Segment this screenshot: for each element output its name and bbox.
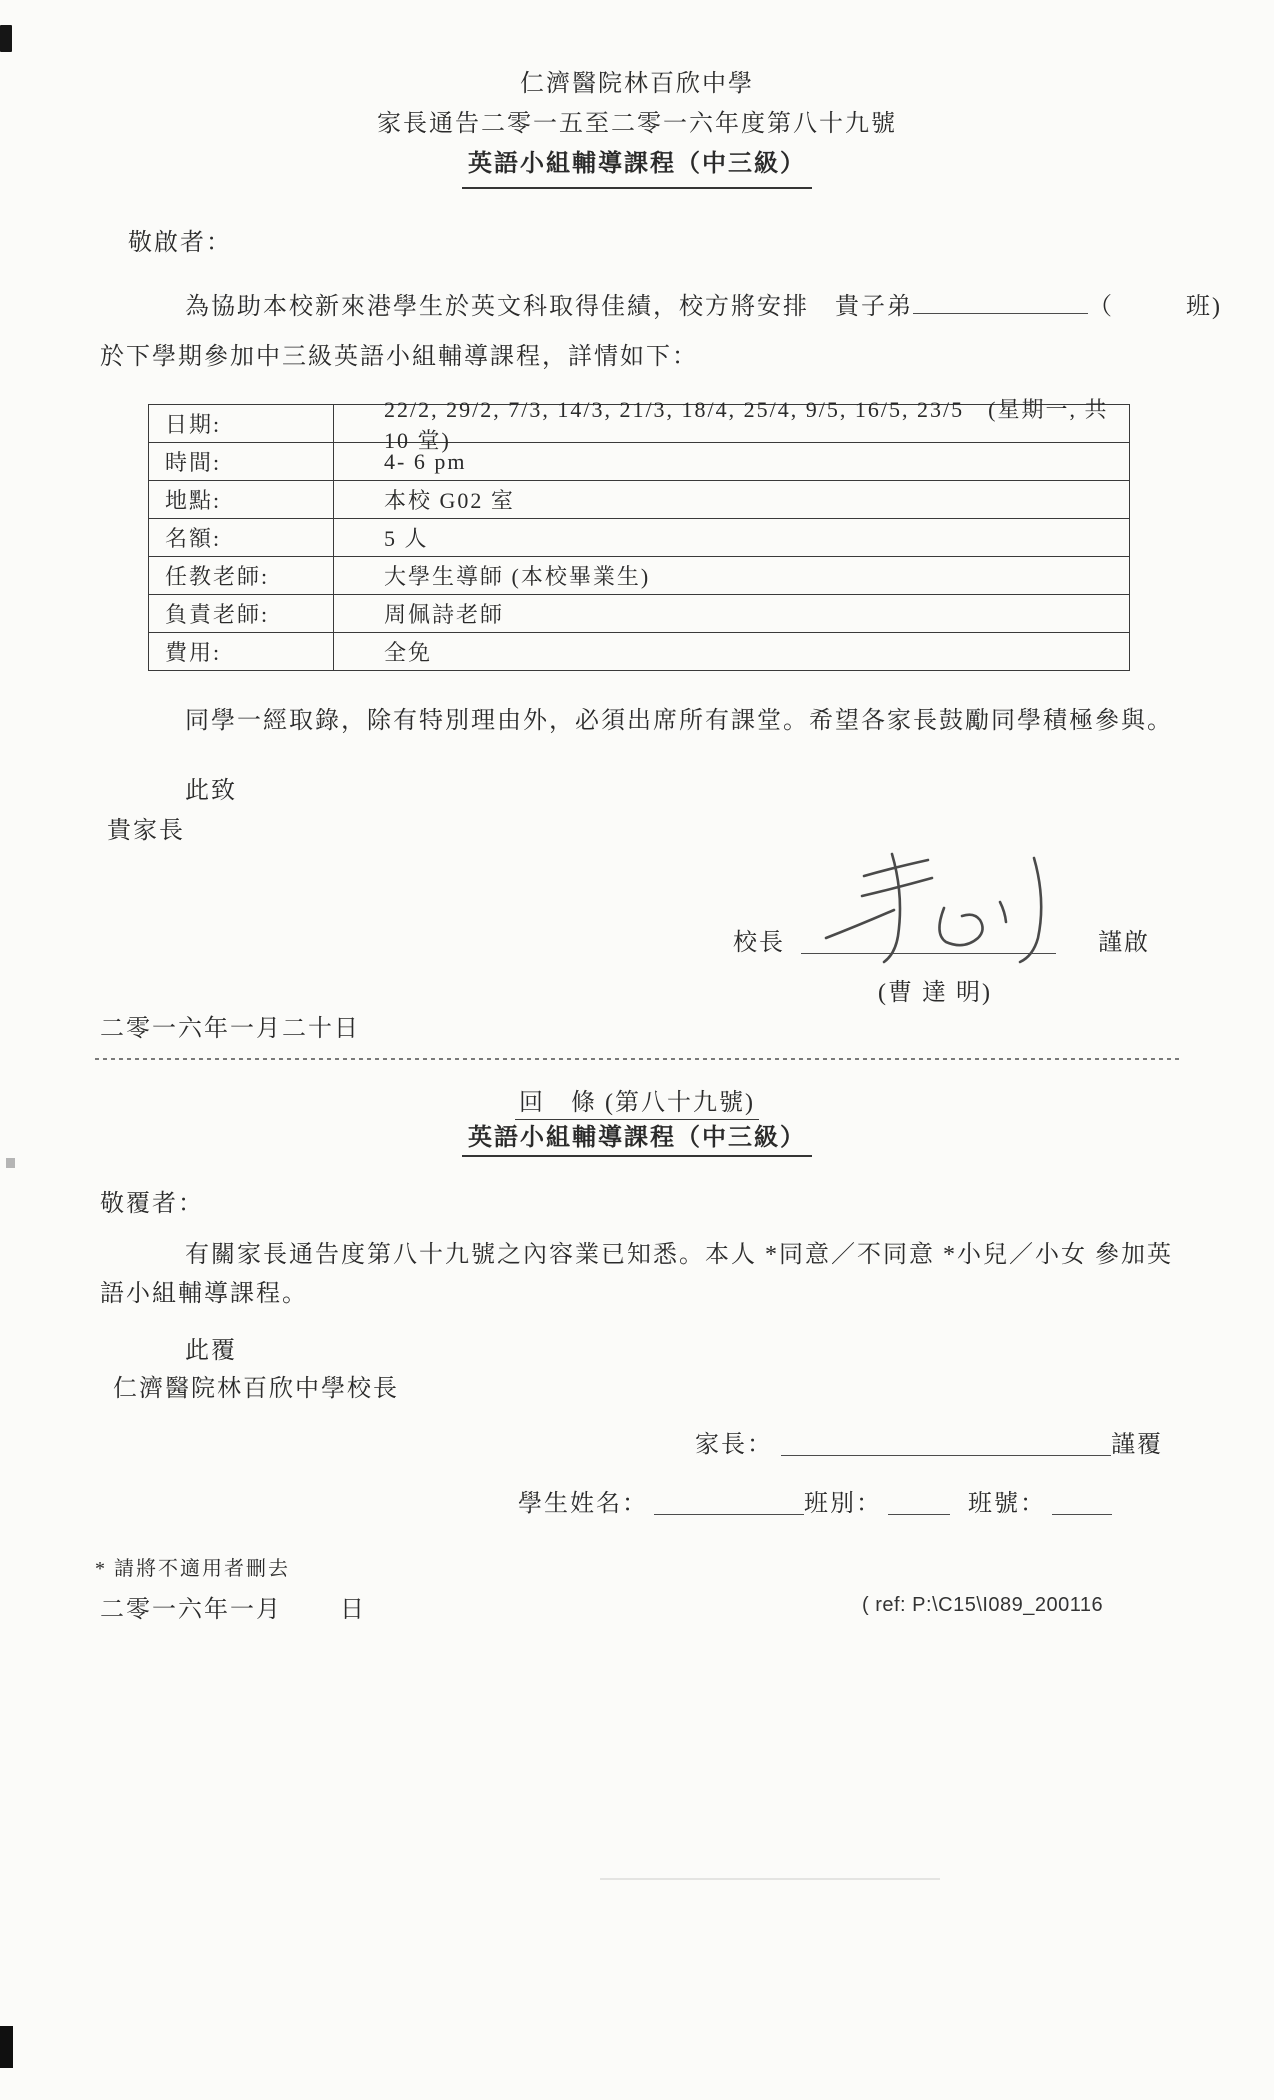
reply-subject: 英語小組輔導課程（中三級） — [462, 1117, 812, 1157]
class-close-label: 班) — [1186, 294, 1222, 320]
principal-name: (曹 達 明) — [878, 972, 992, 1007]
dashed-cut-line — [95, 1058, 1181, 1060]
principal-sign-off: 謹啟 — [1098, 922, 1150, 957]
table-row: 日期: 22/2, 29/2, 7/3, 14/3, 21/3, 18/4, 2… — [149, 405, 1129, 442]
school-name: 仁濟醫院林百欣中學 — [0, 64, 1274, 104]
table-row: 費用: 全免 — [149, 632, 1129, 670]
table-row: 時間: 4- 6 pm — [149, 442, 1129, 480]
principal-handwritten-signature — [812, 850, 1064, 970]
student-name-blank-inline — [913, 287, 1088, 314]
class-number-label: 班號： — [968, 1483, 1046, 1518]
principal-label: 校長 — [733, 922, 785, 957]
course-details-table: 日期: 22/2, 29/2, 7/3, 14/3, 21/3, 18/4, 2… — [148, 404, 1130, 671]
notice-paragraph-1-line-1: 為協助本校新來港學生於英文科取得佳績，校方將安排 貴子弟（班) — [100, 286, 1222, 321]
scan-artifact-top-left — [0, 25, 12, 52]
file-reference-code: ( ref: P:\C15\I089_200116 — [862, 1594, 1103, 1617]
class-label: 班別： — [804, 1483, 882, 1518]
detail-value: 周佩詩老師 — [334, 595, 1129, 632]
detail-value: 全免 — [334, 633, 1129, 670]
detail-label: 日期: — [149, 405, 334, 442]
table-row: 任教老師: 大學生導師 (本校畢業生) — [149, 556, 1129, 594]
student-name-blank — [654, 1488, 804, 1515]
parent-sign-off: 謹覆 — [1111, 1424, 1163, 1459]
closing-parents: 貴家長 — [107, 810, 185, 845]
detail-value: 4- 6 pm — [334, 443, 1129, 480]
reply-salutation: 敬覆者： — [100, 1183, 204, 1218]
detail-value: 大學生導師 (本校畢業生) — [334, 557, 1129, 594]
notice-header: 仁濟醫院林百欣中學 家長通告二零一五至二零一六年度第八十九號 英語小組輔導課程（… — [0, 64, 1274, 189]
table-row: 負責老師: 周佩詩老師 — [149, 594, 1129, 632]
table-row: 名額: 5 人 — [149, 518, 1129, 556]
detail-label: 地點: — [149, 481, 334, 518]
reply-slip-title-row: 回 條 (第八十九號) — [0, 1082, 1274, 1120]
reply-body: 有關家長通告度第八十九號之內容業已知悉。本人 *同意／不同意 *小兒／小女 參加… — [100, 1236, 1192, 1314]
reply-slip-title: 回 條 (第八十九號) — [515, 1082, 759, 1120]
detail-label: 費用: — [149, 633, 334, 670]
student-info-row: 學生姓名： 班別： 班號： — [518, 1483, 1112, 1518]
parent-signature-row: 家長： 謹覆 — [695, 1424, 1163, 1459]
closing-cizhi: 此致 — [185, 770, 237, 805]
delete-inapplicable-footnote: * 請將不適用者刪去 — [95, 1552, 290, 1581]
notice-salutation: 敬啟者： — [128, 222, 232, 257]
notice-paragraph-1-line-2: 於下學期參加中三級英語小組輔導課程，詳情如下： — [100, 336, 698, 371]
detail-value: 本校 G02 室 — [334, 481, 1129, 518]
notice-number: 家長通告二零一五至二零一六年度第八十九號 — [0, 104, 1274, 144]
student-name-label: 學生姓名： — [518, 1483, 648, 1518]
detail-value: 22/2, 29/2, 7/3, 14/3, 21/3, 18/4, 25/4,… — [334, 405, 1129, 442]
scanned-notice-page: 仁濟醫院林百欣中學 家長通告二零一五至二零一六年度第八十九號 英語小組輔導課程（… — [0, 0, 1274, 2100]
detail-label: 時間: — [149, 443, 334, 480]
parent-signature-blank — [781, 1429, 1111, 1456]
reply-date-prefix: 二零一六年一月 — [100, 1597, 282, 1623]
parent-label: 家長： — [695, 1424, 773, 1459]
class-open-paren: （ — [1088, 294, 1114, 320]
detail-label: 名額: — [149, 519, 334, 556]
class-blank — [888, 1488, 950, 1515]
detail-label: 任教老師: — [149, 557, 334, 594]
reply-addressee-school-principal: 仁濟醫院林百欣中學校長 — [113, 1368, 399, 1403]
detail-label: 負責老師: — [149, 595, 334, 632]
paragraph-1-text: 為協助本校新來港學生於英文科取得佳績，校方將安排 貴子弟 — [185, 294, 913, 320]
table-row: 地點: 本校 G02 室 — [149, 480, 1129, 518]
notice-subject: 英語小組輔導課程（中三級） — [462, 144, 812, 189]
reply-subject-row: 英語小組輔導課程（中三級） — [0, 1117, 1274, 1157]
detail-value: 5 人 — [334, 519, 1129, 556]
scan-artifact-left-middle — [6, 1158, 15, 1168]
scan-artifact-bottom-left — [0, 2026, 13, 2068]
reply-date-day: 日 — [340, 1597, 366, 1623]
scan-artifact-streak — [600, 1878, 940, 1880]
attendance-note: 同學一經取錄，除有特別理由外，必須出席所有課堂。希望各家長鼓勵同學積極參與。 — [100, 700, 1173, 735]
class-number-blank — [1052, 1488, 1112, 1515]
notice-date: 二零一六年一月二十日 — [100, 1008, 360, 1043]
reply-closing-cifu: 此覆 — [185, 1330, 237, 1365]
reply-date-row: 二零一六年一月日 — [100, 1589, 366, 1624]
